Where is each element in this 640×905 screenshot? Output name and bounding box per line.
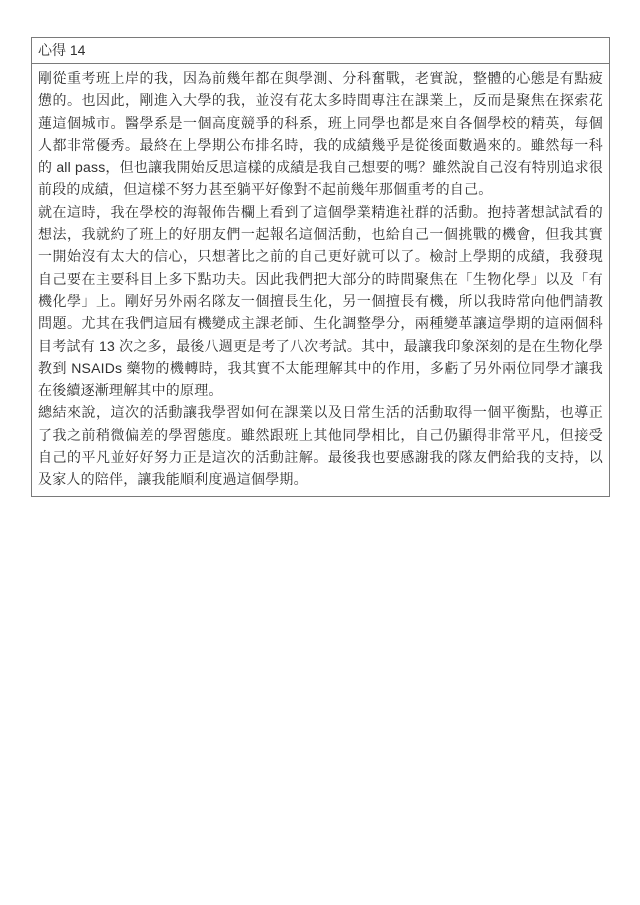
paragraph-3: 總結來說，這次的活動讓我學習如何在課業以及日常生活的活動取得一個平衡點，也導正了… xyxy=(38,401,603,490)
table-body-cell: 剛從重考班上岸的我，因為前幾年都在與學測、分科奮戰，老實說，整體的心態是有點疲憊… xyxy=(32,64,610,497)
paragraph-1: 剛從重考班上岸的我，因為前幾年都在與學測、分科奮戰，老實說，整體的心態是有點疲憊… xyxy=(38,67,603,201)
table-body-row: 剛從重考班上岸的我，因為前幾年都在與學測、分科奮戰，老實說，整體的心態是有點疲憊… xyxy=(32,64,610,497)
document-page: 心得 14 剛從重考班上岸的我，因為前幾年都在與學測、分科奮戰，老實說，整體的心… xyxy=(0,0,640,905)
table-header-row: 心得 14 xyxy=(32,38,610,64)
reflection-title: 心得 14 xyxy=(32,38,610,64)
reflection-table: 心得 14 剛從重考班上岸的我，因為前幾年都在與學測、分科奮戰，老實說，整體的心… xyxy=(31,37,610,497)
paragraph-2: 就在這時，我在學校的海報佈告欄上看到了這個學業精進社群的活動。抱持著想試試看的想… xyxy=(38,201,603,402)
